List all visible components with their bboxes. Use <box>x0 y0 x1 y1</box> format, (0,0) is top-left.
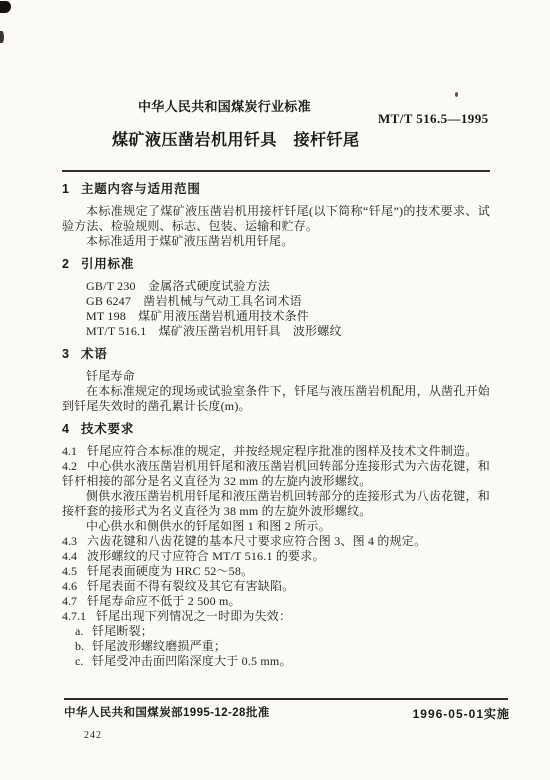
implementation-date: 1996-05-01实施 <box>413 705 510 722</box>
clause-number: 4.1 <box>62 444 77 458</box>
item-text: 钎尾波形螺纹磨损严重； <box>92 639 226 653</box>
standard-number: MT/T 516.5—1995 <box>378 111 489 127</box>
clause-number: 4.2 <box>62 459 77 473</box>
standard-type-heading: 中华人民共和国煤炭行业标准 <box>138 96 311 115</box>
clause-text: 钎尾出现下列情况之一时即为失效： <box>96 609 291 623</box>
referenced-standard: MT 198 煤矿用液压凿岩机通用技术条件 <box>62 309 490 324</box>
clause-text: 中心供水液压凿岩机用钎尾和液压凿岩机回转部分连接形式为六齿花键，和钎杆相接的部分… <box>62 459 490 488</box>
footer-rule <box>64 698 508 700</box>
clause-text: 钎尾寿命应不低于 2 500 m。 <box>87 594 241 608</box>
term-name: 钎尾寿命 <box>62 369 490 384</box>
scan-artifact <box>0 1 11 13</box>
clause-text: 波形螺纹的尺寸应符合 MT/T 516.1 的要求。 <box>87 549 325 563</box>
clause-number: 4.7 <box>62 594 77 608</box>
item-label: c. <box>75 654 92 669</box>
section-1-heading: 1主题内容与适用范围 <box>62 182 490 197</box>
section-3-heading: 3术语 <box>62 347 490 362</box>
section-number: 2 <box>62 257 69 271</box>
section-title: 技术要求 <box>81 422 134 436</box>
document-body: 1主题内容与适用范围 本标准规定了煤矿液压凿岩机用接杆钎尾(以下简称“钎尾”)的… <box>62 182 490 669</box>
clause-4-1: 4.1钎尾应符合本标准的规定，并按经规定程序批准的图样及技术文件制造。 <box>62 444 490 459</box>
section-number: 1 <box>62 182 69 196</box>
clause-4-2: 4.2中心供水液压凿岩机用钎尾和液压凿岩机回转部分连接形式为六齿花键，和钎杆相接… <box>62 459 490 489</box>
section-1-paragraph: 本标准规定了煤矿液压凿岩机用接杆钎尾(以下简称“钎尾”)的技术要求、试验方法、检… <box>62 204 490 234</box>
clause-text: 侧供水液压凿岩机用钎尾和液压凿岩机回转部分的连接形式为八齿花键，和接杆套的接形式… <box>62 489 490 518</box>
approval-statement: 中华人民共和国煤炭部1995-12-28批准 <box>64 704 270 720</box>
term-definition: 在本标准规定的现场或试验室条件下，钎尾与液压凿岩机配用，从凿孔开始到钎尾失效时的… <box>62 384 490 414</box>
section-number: 4 <box>62 422 69 436</box>
clause-text: 中心供水和侧供水的钎尾如图 1 和图 2 所示。 <box>86 519 331 533</box>
clause-4-7-1: 4.7.1钎尾出现下列情况之一时即为失效： <box>62 609 490 624</box>
clause-4-6: 4.6钎尾表面不得有裂纹及其它有害缺陷。 <box>62 579 490 594</box>
clause-number: 4.4 <box>62 549 77 563</box>
section-1-paragraph: 本标准适用于煤矿液压凿岩机用钎尾。 <box>62 234 490 249</box>
item-label: b. <box>75 639 92 654</box>
clause-number: 4.3 <box>62 534 77 548</box>
referenced-standard: MT/T 516.1 煤矿液压凿岩机用钎具 波形螺纹 <box>62 324 490 339</box>
clause-text: 六齿花键和八齿花键的基本尺寸要求应符合图 3、图 4 的规定。 <box>87 534 426 548</box>
failure-item-c: c.钎尾受冲击面凹陷深度大于 0.5 mm。 <box>62 654 490 669</box>
clause-text: 钎尾应符合本标准的规定，并按经规定程序批准的图样及技术文件制造。 <box>87 444 477 458</box>
clause-text: 钎尾表面硬度为 HRC 52～58。 <box>87 564 253 578</box>
failure-item-b: b.钎尾波形螺纹磨损严重； <box>62 639 490 654</box>
document-page: 中华人民共和国煤炭行业标准 MT/T 516.5—1995 煤矿液压凿岩机用钎具… <box>0 0 550 780</box>
clause-4-3: 4.3六齿花键和八齿花键的基本尺寸要求应符合图 3、图 4 的规定。 <box>62 534 490 549</box>
clause-number: 4.6 <box>62 579 77 593</box>
clause-4-2-continuation: 中心供水和侧供水的钎尾如图 1 和图 2 所示。 <box>62 519 490 534</box>
referenced-standard: GB 6247 凿岩机械与气动工具名词术语 <box>62 294 490 309</box>
clause-number: 4.5 <box>62 564 77 578</box>
clause-4-4: 4.4波形螺纹的尺寸应符合 MT/T 516.1 的要求。 <box>62 549 490 564</box>
section-number: 3 <box>62 347 69 361</box>
item-label: a. <box>75 624 92 639</box>
clause-4-7: 4.7钎尾寿命应不低于 2 500 m。 <box>62 594 490 609</box>
failure-item-a: a.钎尾断裂； <box>62 624 490 639</box>
header-rule <box>62 170 490 172</box>
item-text: 钎尾受冲击面凹陷深度大于 0.5 mm。 <box>92 654 292 668</box>
page-number: 242 <box>84 730 102 741</box>
section-title: 引用标准 <box>81 257 134 271</box>
clause-number: 4.7.1 <box>62 609 86 623</box>
document-title: 煤矿液压凿岩机用钎具 接杆钎尾 <box>112 127 360 150</box>
item-text: 钎尾断裂； <box>92 624 153 638</box>
scan-artifact <box>0 31 4 43</box>
clause-4-2-continuation: 侧供水液压凿岩机用钎尾和液压凿岩机回转部分的连接形式为八齿花键，和接杆套的接形式… <box>62 489 490 519</box>
section-title: 主题内容与适用范围 <box>81 182 201 196</box>
referenced-standard: GB/T 230 金属洛式硬度试验方法 <box>62 279 490 294</box>
clause-4-5: 4.5钎尾表面硬度为 HRC 52～58。 <box>62 564 490 579</box>
clause-text: 钎尾表面不得有裂纹及其它有害缺陷。 <box>87 579 294 593</box>
section-title: 术语 <box>81 347 108 361</box>
section-2-heading: 2引用标准 <box>62 257 490 272</box>
section-4-heading: 4技术要求 <box>62 422 490 437</box>
scan-artifact <box>455 92 458 97</box>
